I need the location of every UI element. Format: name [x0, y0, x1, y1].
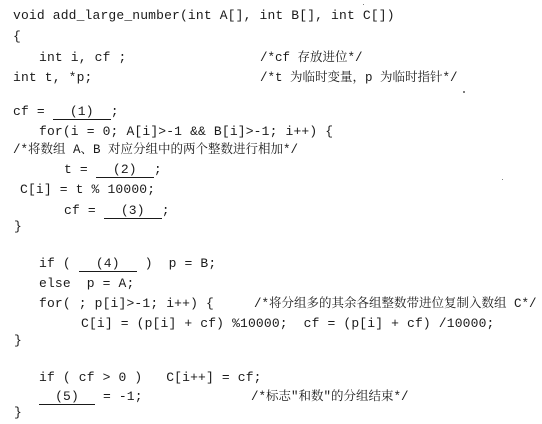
scan-speck — [502, 179, 503, 180]
close-brace-function: } — [14, 405, 22, 421]
else-line: else p = A; — [39, 276, 134, 292]
close-brace-loop2: } — [14, 333, 22, 349]
for-loop-ab: for(i = 0; A[i]>-1 && B[i]>-1; i++) { — [39, 124, 333, 140]
comment-end-marker: /*标志"和数"的分组结束*/ — [251, 389, 409, 405]
declare-t-p: int t, *p; — [13, 70, 93, 86]
cf-init-line: cf = (1); — [13, 104, 119, 120]
t-assign-suffix: ; — [154, 162, 162, 177]
cf-assign-line: cf = (3); — [64, 203, 170, 219]
cf-assign-suffix: ; — [162, 203, 170, 218]
declare-i-cf: int i, cf ; — [39, 50, 126, 66]
if-prefix: if ( — [39, 256, 79, 271]
blank-1[interactable]: (1) — [53, 105, 111, 120]
cf-init-prefix: cf = — [13, 104, 53, 119]
close-brace-loop1: } — [14, 219, 22, 235]
t-assign-line: t = (2); — [64, 162, 162, 178]
comment-copy-rest: /*将分组多的其余各组整数带进位复制入数组 C*/ — [254, 296, 537, 312]
end-marker-suffix: = -1; — [95, 389, 143, 404]
comment-cf: /*cf 存放进位*/ — [260, 50, 363, 66]
comment-add-ab: /*将数组 A、B 对应分组中的两个整数进行相加*/ — [13, 142, 298, 158]
blank-5[interactable]: (5) — [39, 390, 95, 405]
cf-init-suffix: ; — [111, 104, 119, 119]
if-carry-line: if ( cf > 0 ) C[i++] = cf; — [39, 370, 262, 386]
comment-t-p: /*t 为临时变量，p 为临时指针*/ — [260, 70, 458, 86]
scan-speck — [463, 91, 465, 93]
c-copy-line: C[i] = (p[i] + cf) %10000; cf = (p[i] + … — [81, 316, 494, 332]
blank-4[interactable]: (4) — [79, 257, 137, 272]
c-mod-line: C[i] = t % 10000; — [20, 182, 155, 198]
scan-speck — [363, 4, 364, 5]
if-compare-line: if ( (4) ) p = B; — [39, 256, 216, 272]
blank-3[interactable]: (3) — [104, 204, 162, 219]
blank-2[interactable]: (2) — [96, 163, 154, 178]
if-suffix: ) p = B; — [137, 256, 217, 271]
for-loop-p: for( ; p[i]>-1; i++) { — [39, 296, 214, 312]
function-signature: void add_large_number(int A[], int B[], … — [13, 8, 395, 24]
open-brace: { — [13, 29, 21, 45]
t-assign-prefix: t = — [64, 162, 96, 177]
cf-assign-prefix: cf = — [64, 203, 104, 218]
end-marker-line: (5) = -1; — [39, 389, 143, 405]
